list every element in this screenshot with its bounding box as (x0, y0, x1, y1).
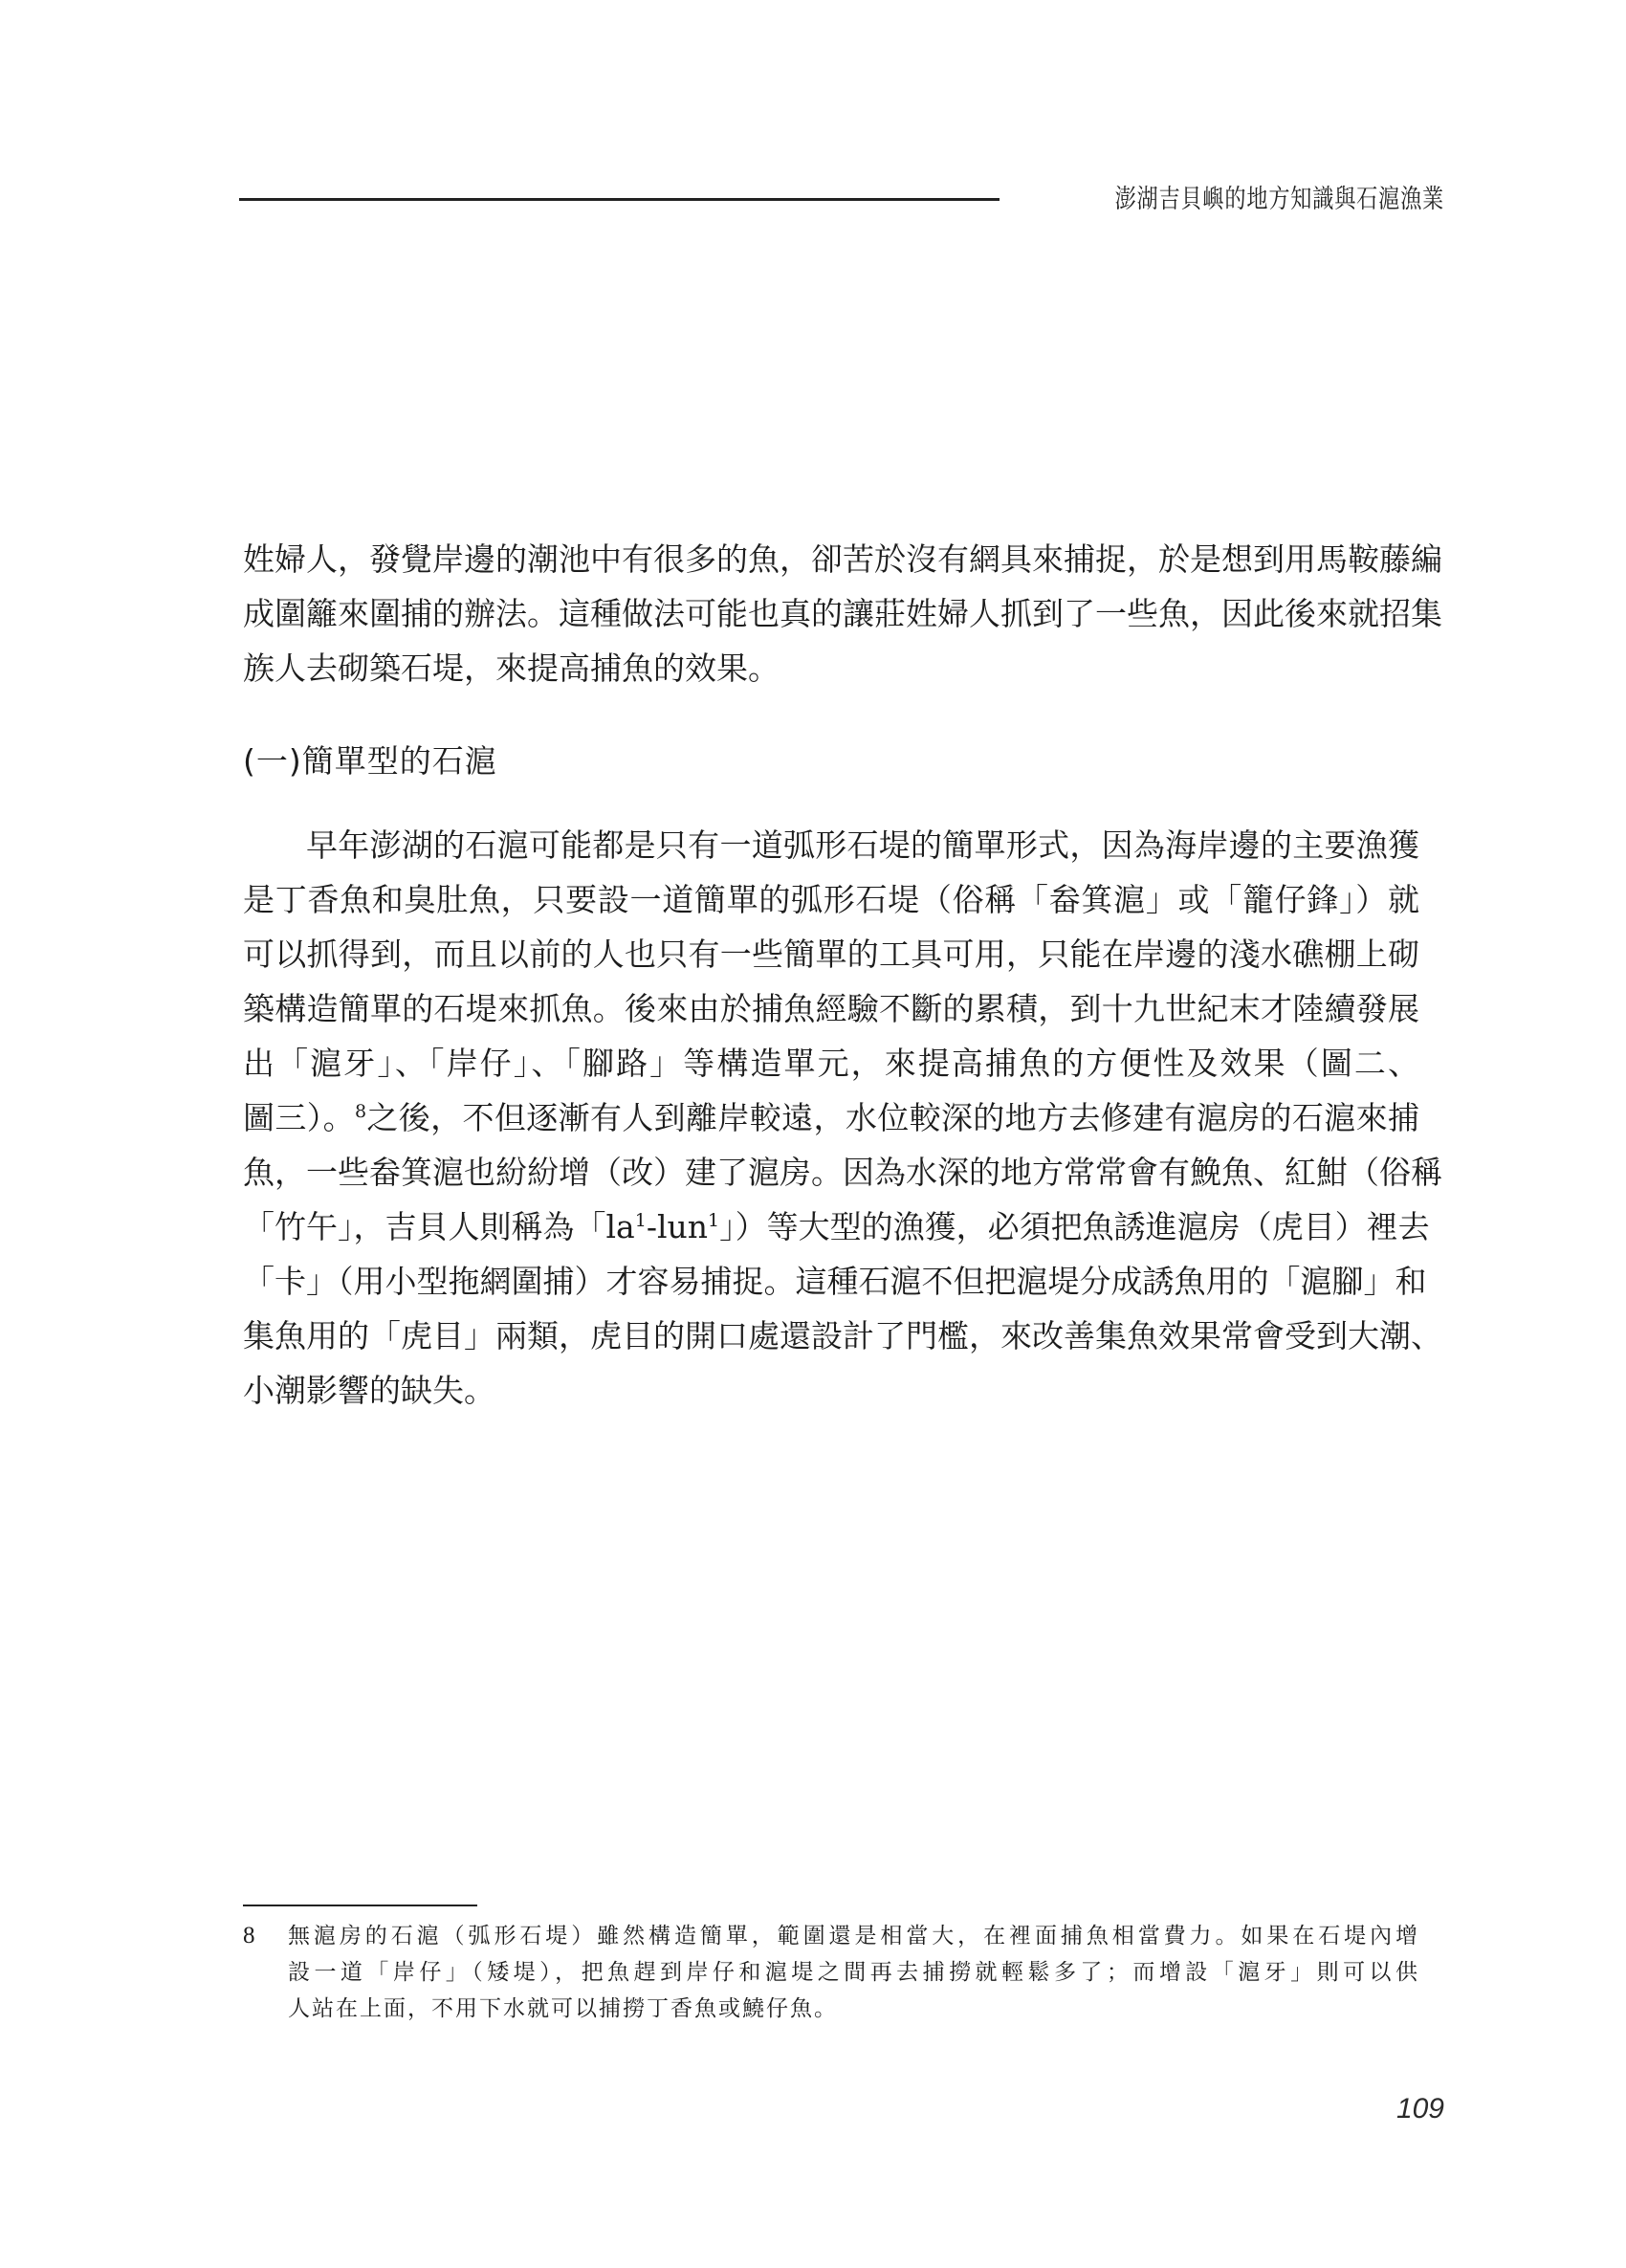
tone-mark: 1 (635, 1210, 647, 1231)
text-line-with-romanization: 「竹午」，吉貝人則稱為「la1-lun1」）等大型的漁獲，必須把魚誘進滬房（虎目… (243, 1200, 1419, 1254)
tone-mark: 1 (708, 1210, 719, 1231)
running-header: 澎湖吉貝嶼的地方知識與石滬漁業 (239, 172, 1444, 230)
text-line: 族人去砌築石堤，來提高捕魚的效果。 (243, 641, 1419, 695)
footnote-reference[interactable]: 8 (355, 1101, 366, 1122)
text-line: 姓婦人，發覺岸邊的潮池中有很多的魚，卻苦於沒有網具來捕捉，於是想到用馬鞍藤編 (243, 532, 1419, 586)
page-number: 109 (1368, 2093, 1444, 2125)
text-line: 早年澎湖的石滬可能都是只有一道弧形石堤的簡單形式，因為海岸邊的主要漁獲 (243, 818, 1419, 872)
footnote-line: 人站在上面，不用下水就可以捕撈丁香魚或鱙仔魚。 (288, 1991, 1419, 2027)
paragraph-simple-stone-weir: 早年澎湖的石滬可能都是只有一道弧形石堤的簡單形式，因為海岸邊的主要漁獲 是丁香魚… (243, 818, 1419, 1418)
footnote-body: 無滬房的石滬（弧形石堤）雖然構造簡單，範圍還是相當大，在裡面捕魚相當費力。如果在… (288, 1918, 1419, 2027)
text-segment: 」）等大型的漁獲，必須把魚誘進滬房（虎目）裡去 (719, 1208, 1430, 1245)
footnote-line: 設一道「岸仔」（矮堤），把魚趕到岸仔和滬堤之間再去捕撈就輕鬆多了；而增設「滬牙」… (288, 1954, 1419, 1991)
footnote-separator (243, 1905, 477, 1906)
footnote-8: 8 無滬房的石滬（弧形石堤）雖然構造簡單，範圍還是相當大，在裡面捕魚相當費力。如… (243, 1918, 1419, 2027)
text-segment: 圖三）。 (243, 1099, 355, 1136)
text-segment: 之後，不但逐漸有人到離岸較遠，水位較深的地方去修建有滬房的石滬來捕 (366, 1099, 1419, 1136)
text-line: 是丁香魚和臭肚魚，只要設一道簡單的弧形石堤（俗稱「畚箕滬」或「籠仔鋒」）就 (243, 872, 1419, 927)
text-segment: 「竹午」，吉貝人則稱為「la (243, 1208, 635, 1245)
footnote-line: 無滬房的石滬（弧形石堤）雖然構造簡單，範圍還是相當大，在裡面捕魚相當費力。如果在… (288, 1918, 1419, 1954)
text-line-with-footnote-ref: 圖三）。8之後，不但逐漸有人到離岸較遠，水位較深的地方去修建有滬房的石滬來捕 (243, 1090, 1419, 1145)
text-line: 魚，一些畚箕滬也紛紛增（改）建了滬房。因為水深的地方常常會有鮸魚、紅魽（俗稱 (243, 1145, 1419, 1200)
text-line: 小潮影響的缺失。 (243, 1363, 1419, 1418)
text-line: 築構造簡單的石堤來抓魚。後來由於捕魚經驗不斷的累積，到十九世紀末才陸續發展 (243, 981, 1419, 1036)
text-line: 成圍籬來圍捕的辦法。這種做法可能也真的讓莊姓婦人抓到了一些魚，因此後來就招集 (243, 586, 1419, 641)
text-line: 可以抓得到，而且以前的人也只有一些簡單的工具可用，只能在岸邊的淺水礁棚上砌 (243, 927, 1419, 981)
paragraph-continued: 姓婦人，發覺岸邊的潮池中有很多的魚，卻苦於沒有網具來捕捉，於是想到用馬鞍藤編 成… (243, 532, 1419, 695)
footnote-number: 8 (243, 1918, 255, 1954)
section-heading: (一)簡單型的石滬 (243, 737, 497, 782)
header-rule (239, 198, 1000, 201)
text-line: 「卡」（用小型拖網圍捕）才容易捕捉。這種石滬不但把滬堤分成誘魚用的「滬腳」和 (243, 1254, 1419, 1309)
text-line: 出「滬牙」、「岸仔」、「腳路」等構造單元，來提高捕魚的方便性及效果（圖二、 (243, 1036, 1419, 1090)
running-title: 澎湖吉貝嶼的地方知識與石滬漁業 (1115, 178, 1444, 215)
text-segment: -lun (647, 1208, 708, 1245)
text-line: 集魚用的「虎目」兩類，虎目的開口處還設計了門檻，來改善集魚效果常會受到大潮、 (243, 1309, 1419, 1363)
